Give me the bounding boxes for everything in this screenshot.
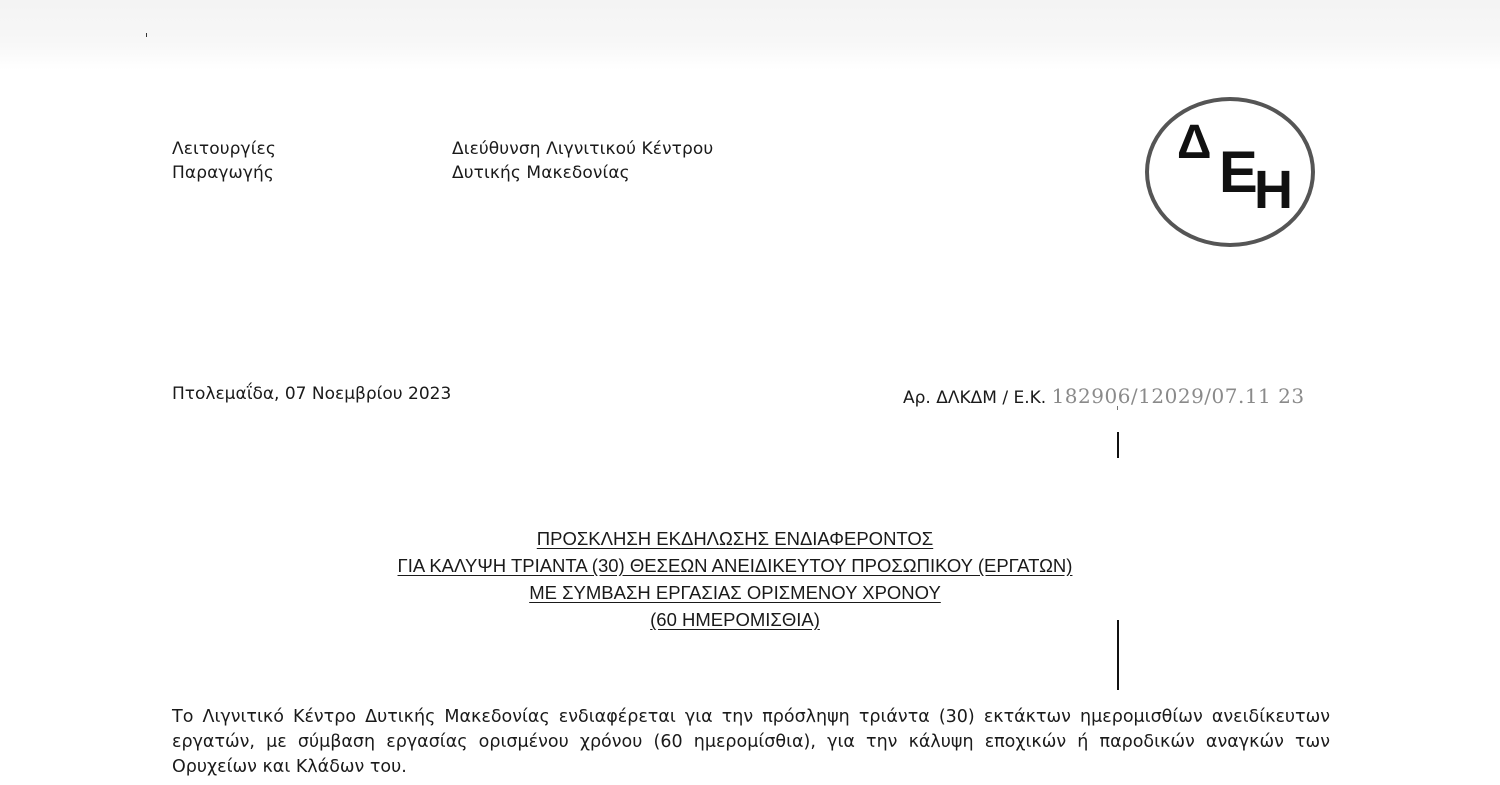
division-line-1: Διεύθυνση Λιγνιτικού Κέντρου	[452, 137, 713, 161]
place-date: Πτολεμαΐδα, 07 Νοεμβρίου 2023	[172, 384, 451, 404]
scan-line-upper	[1117, 432, 1119, 458]
document-page: Λειτουργίες Παραγωγής Διεύθυνση Λιγνιτικ…	[0, 0, 1500, 785]
department-line-2: Παραγωγής	[172, 161, 276, 185]
scan-artifact-band	[0, 0, 1500, 70]
title-line-2: ΓΙΑ ΚΑΛΥΨΗ ΤΡΙΑΝΤΑ (30) ΘΕΣΕΩΝ ΑΝΕΙΔΙΚΕΥ…	[170, 552, 1300, 579]
department-label: Λειτουργίες Παραγωγής	[172, 137, 276, 185]
logo-letter-epsilon: Ε	[1219, 139, 1258, 206]
division-label: Διεύθυνση Λιγνιτικού Κέντρου Δυτικής Μακ…	[452, 137, 713, 185]
department-line-1: Λειτουργίες	[172, 137, 276, 161]
scan-mark	[1117, 406, 1118, 410]
title-line-1: ΠΡΟΣΚΛΗΣΗ ΕΚΔΗΛΩΣΗΣ ΕΝΔΙΑΦΕΡΟΝΤΟΣ	[170, 525, 1300, 552]
reference-number: Αρ. ΔΛΚΔΜ / Ε.Κ. 182906/12029/07.11 23	[903, 384, 1305, 408]
title-line-4: (60 ΗΜΕΡΟΜΙΣΘΙΑ)	[170, 606, 1300, 633]
deh-logo: Δ Ε Η	[1145, 97, 1315, 247]
reference-stamp: 182906/12029/07.11 23	[1052, 384, 1305, 408]
scan-speck	[146, 33, 147, 37]
document-title: ΠΡΟΣΚΛΗΣΗ ΕΚΔΗΛΩΣΗΣ ΕΝΔΙΑΦΕΡΟΝΤΟΣ ΓΙΑ ΚΑ…	[0, 525, 1480, 633]
reference-label: Αρ. ΔΛΚΔΜ / Ε.Κ.	[903, 388, 1046, 408]
logo-letter-delta: Δ	[1177, 115, 1212, 170]
logo-letter-eta: Η	[1254, 159, 1293, 221]
division-line-2: Δυτικής Μακεδονίας	[452, 161, 713, 185]
body-paragraph: Το Λιγνιτικό Κέντρο Δυτικής Μακεδονίας ε…	[172, 705, 1330, 780]
title-line-3: ΜΕ ΣΥΜΒΑΣΗ ΕΡΓΑΣΙΑΣ ΟΡΙΣΜΕΝΟΥ ΧΡΟΝΟΥ	[170, 579, 1300, 606]
